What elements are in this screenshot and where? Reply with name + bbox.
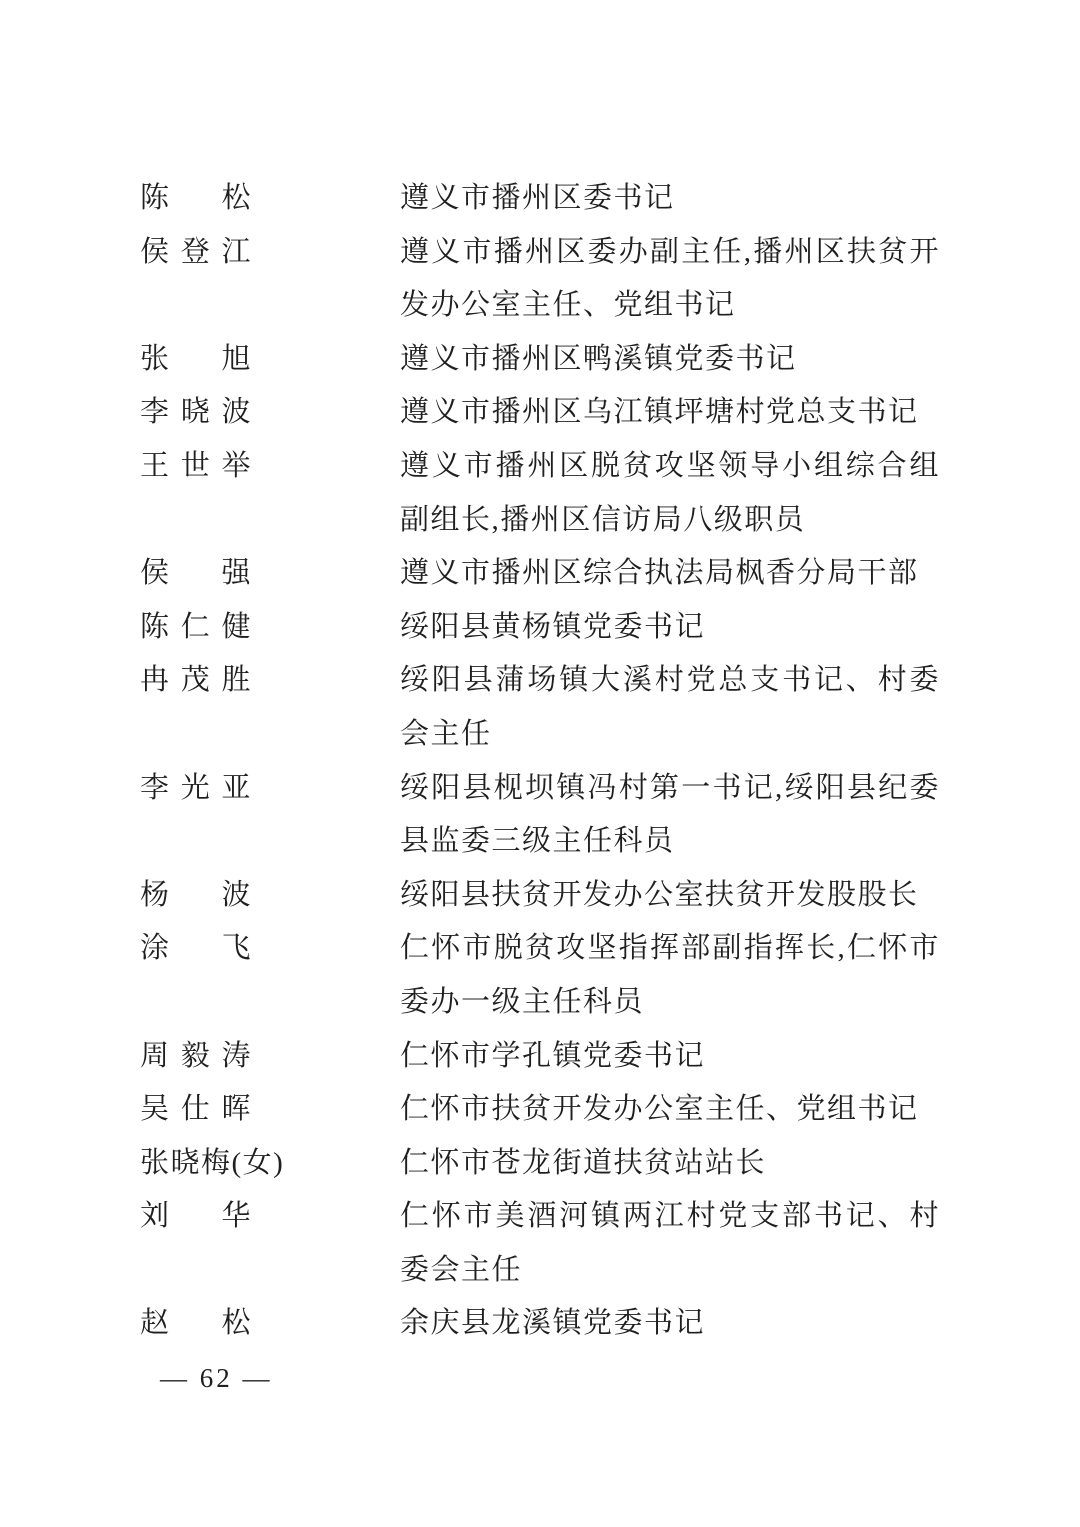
entry-position: 遵义市播州区鸭溪镇党委书记 — [400, 333, 940, 387]
entry-name-text: 赵 松 — [140, 1297, 252, 1351]
entry-position: 遵义市播州区委书记 — [400, 172, 940, 226]
entry-position: 仁怀市学孔镇党委书记 — [400, 1030, 940, 1084]
entry-name: 赵 松 — [140, 1297, 400, 1351]
entry-name-text: 吴仕晖 — [140, 1083, 252, 1137]
entry-name: 冉茂胜 — [140, 654, 400, 708]
list-entry: 陈仁健 绥阳县黄杨镇党委书记 — [140, 601, 945, 655]
entry-position: 绥阳县黄杨镇党委书记 — [400, 601, 940, 655]
list-entry: 李光亚 绥阳县枧坝镇冯村第一书记,绥阳县纪委县监委三级主任科员 — [140, 762, 945, 869]
entry-name-text: 刘 华 — [140, 1190, 252, 1244]
entry-name: 侯登江 — [140, 226, 400, 280]
list-entry: 涂 飞 仁怀市脱贫攻坚指挥部副指挥长,仁怀市委办一级主任科员 — [140, 922, 945, 1029]
list-entry: 吴仕晖 仁怀市扶贫开发办公室主任、党组书记 — [140, 1083, 945, 1137]
entry-name: 杨 波 — [140, 869, 400, 923]
entry-name-text: 陈 松 — [140, 172, 252, 226]
entry-name-text: 王世举 — [140, 440, 252, 494]
recognition-list: 陈 松 遵义市播州区委书记 侯登江 遵义市播州区委办副主任,播州区扶贫开发办公室… — [140, 172, 945, 1351]
entry-position: 绥阳县枧坝镇冯村第一书记,绥阳县纪委县监委三级主任科员 — [400, 762, 940, 869]
list-entry: 李晓波 遵义市播州区乌江镇坪塘村党总支书记 — [140, 386, 945, 440]
entry-name-text: 冉茂胜 — [140, 654, 252, 708]
entry-name: 侯 强 — [140, 547, 400, 601]
entry-name: 周毅涛 — [140, 1030, 400, 1084]
entry-name-text: 侯登江 — [140, 226, 252, 280]
entry-name: 李晓波 — [140, 386, 400, 440]
entry-name-text: 涂 飞 — [140, 922, 252, 976]
entry-name-text: 李光亚 — [140, 762, 252, 816]
entry-name: 陈 松 — [140, 172, 400, 226]
entry-position: 余庆县龙溪镇党委书记 — [400, 1297, 940, 1351]
entry-position: 绥阳县扶贫开发办公室扶贫开发股股长 — [400, 869, 940, 923]
list-entry: 王世举 遵义市播州区脱贫攻坚领导小组综合组副组长,播州区信访局八级职员 — [140, 440, 945, 547]
entry-name: 张晓梅(女) — [140, 1137, 400, 1191]
entry-position: 遵义市播州区委办副主任,播州区扶贫开发办公室主任、党组书记 — [400, 226, 940, 333]
list-entry: 周毅涛 仁怀市学孔镇党委书记 — [140, 1030, 945, 1084]
entry-name: 王世举 — [140, 440, 400, 494]
list-entry: 赵 松 余庆县龙溪镇党委书记 — [140, 1297, 945, 1351]
entry-name: 陈仁健 — [140, 601, 400, 655]
entry-name-text: 侯 强 — [140, 547, 252, 601]
entry-name: 吴仕晖 — [140, 1083, 400, 1137]
entry-position: 仁怀市脱贫攻坚指挥部副指挥长,仁怀市委办一级主任科员 — [400, 922, 940, 1029]
entry-position: 遵义市播州区综合执法局枫香分局干部 — [400, 547, 940, 601]
entry-name: 张 旭 — [140, 333, 400, 387]
list-entry: 冉茂胜 绥阳县蒲场镇大溪村党总支书记、村委会主任 — [140, 654, 945, 761]
list-entry: 刘 华 仁怀市美酒河镇两江村党支部书记、村委会主任 — [140, 1190, 945, 1297]
page-number: — 62 — — [160, 1352, 273, 1406]
entry-name-text: 周毅涛 — [140, 1030, 252, 1084]
list-entry: 侯登江 遵义市播州区委办副主任,播州区扶贫开发办公室主任、党组书记 — [140, 226, 945, 333]
document-page: 陈 松 遵义市播州区委书记 侯登江 遵义市播州区委办副主任,播州区扶贫开发办公室… — [0, 0, 1080, 1527]
entry-position: 绥阳县蒲场镇大溪村党总支书记、村委会主任 — [400, 654, 940, 761]
list-entry: 侯 强 遵义市播州区综合执法局枫香分局干部 — [140, 547, 945, 601]
entry-name: 刘 华 — [140, 1190, 400, 1244]
entry-name-text: 李晓波 — [140, 386, 252, 440]
list-entry: 张 旭 遵义市播州区鸭溪镇党委书记 — [140, 333, 945, 387]
entry-name-text: 陈仁健 — [140, 601, 252, 655]
entry-position: 遵义市播州区脱贫攻坚领导小组综合组副组长,播州区信访局八级职员 — [400, 440, 940, 547]
list-entry: 杨 波 绥阳县扶贫开发办公室扶贫开发股股长 — [140, 869, 945, 923]
entry-position: 遵义市播州区乌江镇坪塘村党总支书记 — [400, 386, 940, 440]
list-entry: 陈 松 遵义市播州区委书记 — [140, 172, 945, 226]
entry-position: 仁怀市扶贫开发办公室主任、党组书记 — [400, 1083, 940, 1137]
entry-name-text: 杨 波 — [140, 869, 252, 923]
entry-name-text: 张晓梅(女) — [140, 1137, 284, 1191]
entry-position: 仁怀市美酒河镇两江村党支部书记、村委会主任 — [400, 1190, 940, 1297]
entry-position: 仁怀市苍龙街道扶贫站站长 — [400, 1137, 940, 1191]
entry-name-text: 张 旭 — [140, 333, 252, 387]
entry-name: 涂 飞 — [140, 922, 400, 976]
entry-name: 李光亚 — [140, 762, 400, 816]
list-entry: 张晓梅(女) 仁怀市苍龙街道扶贫站站长 — [140, 1137, 945, 1191]
